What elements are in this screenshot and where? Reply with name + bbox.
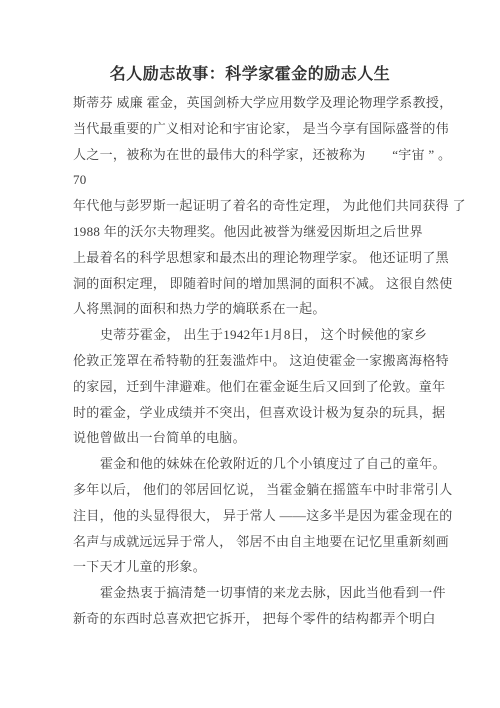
- text-line: 新奇的东西时总喜欢把它拆开， 把每个零件的结构都弄个明白: [73, 606, 463, 632]
- text-line: 名声与成就远远异于常人， 邻居不由自主地要在记忆里重新刻画: [73, 529, 463, 555]
- text-line: 霍金和他的妹妹在伦敦附近的几个小镇度过了自己的童年。: [73, 451, 463, 477]
- text-line: 上最着名的科学思想家和最杰出的理论物理学家。 他还证明了黑: [73, 245, 463, 271]
- paragraph-2: 史蒂芬霍金， 出生于1942年1月8日， 这个时候他的家乡 伦敦正笼罩在希特勒的…: [73, 322, 463, 451]
- text-line: 一下天才儿童的形象。: [73, 554, 463, 580]
- paragraph-1: 斯蒂芬 威廉 霍金，英国剑桥大学应用数学及理论物理学系教授， 当代最重要的广义相…: [73, 90, 463, 322]
- text-line: 的家园，迁到牛津避难。他们在霍金诞生后又回到了伦敦。童年: [73, 374, 463, 400]
- text-line: 当代最重要的广义相对论和宇宙论家， 是当今享有国际盛誉的伟: [73, 116, 463, 142]
- text-line: 70: [73, 167, 463, 193]
- document-title: 名人励志故事：科学家霍金的励志人生: [0, 62, 500, 88]
- text-line: 说他曾做出一台简单的电脑。: [73, 425, 463, 451]
- text-line: 1988 年的沃尔夫物理奖。他因此被誉为继爱因斯坦之后世界: [73, 219, 463, 245]
- text-line: 霍金热衷于搞清楚一切事情的来龙去脉，因此当他看到一件: [73, 580, 463, 606]
- text-line: 伦敦正笼罩在希特勒的狂轰滥炸中。 这迫使霍金一家搬离海格特: [73, 348, 463, 374]
- text-line: 人将黑洞的面积和热力学的熵联系在一起。: [73, 296, 463, 322]
- document-body: 斯蒂芬 威廉 霍金，英国剑桥大学应用数学及理论物理学系教授， 当代最重要的广义相…: [73, 90, 463, 632]
- paragraph-3: 霍金和他的妹妹在伦敦附近的几个小镇度过了自己的童年。 多年以后， 他们的邻居回忆…: [73, 451, 463, 580]
- paragraph-4: 霍金热衷于搞清楚一切事情的来龙去脉，因此当他看到一件 新奇的东西时总喜欢把它拆开…: [73, 580, 463, 632]
- document-page: 名人励志故事：科学家霍金的励志人生 斯蒂芬 威廉 霍金，英国剑桥大学应用数学及理…: [0, 0, 500, 708]
- text-line: 注目，他的头显得很大， 异于常人 ——这多半是因为霍金现在的: [73, 503, 463, 529]
- text-line: 时的霍金，学业成绩并不突出，但喜欢设计极为复杂的玩具，据: [73, 400, 463, 426]
- text-line: 史蒂芬霍金， 出生于1942年1月8日， 这个时候他的家乡: [73, 322, 463, 348]
- text-line: 年代他与彭罗斯一起证明了着名的奇性定理， 为此他们共同获得 了: [73, 193, 463, 219]
- text-line: 人之一，被称为在世的最伟大的科学家，还被称为 “宇宙 ” 。: [73, 142, 463, 168]
- text-line: 斯蒂芬 威廉 霍金，英国剑桥大学应用数学及理论物理学系教授，: [73, 90, 463, 116]
- text-line: 多年以后， 他们的邻居回忆说， 当霍金躺在摇篮车中时非常引人: [73, 477, 463, 503]
- text-line: 洞的面积定理， 即随着时间的增加黑洞的面积不减。 这很自然使: [73, 271, 463, 297]
